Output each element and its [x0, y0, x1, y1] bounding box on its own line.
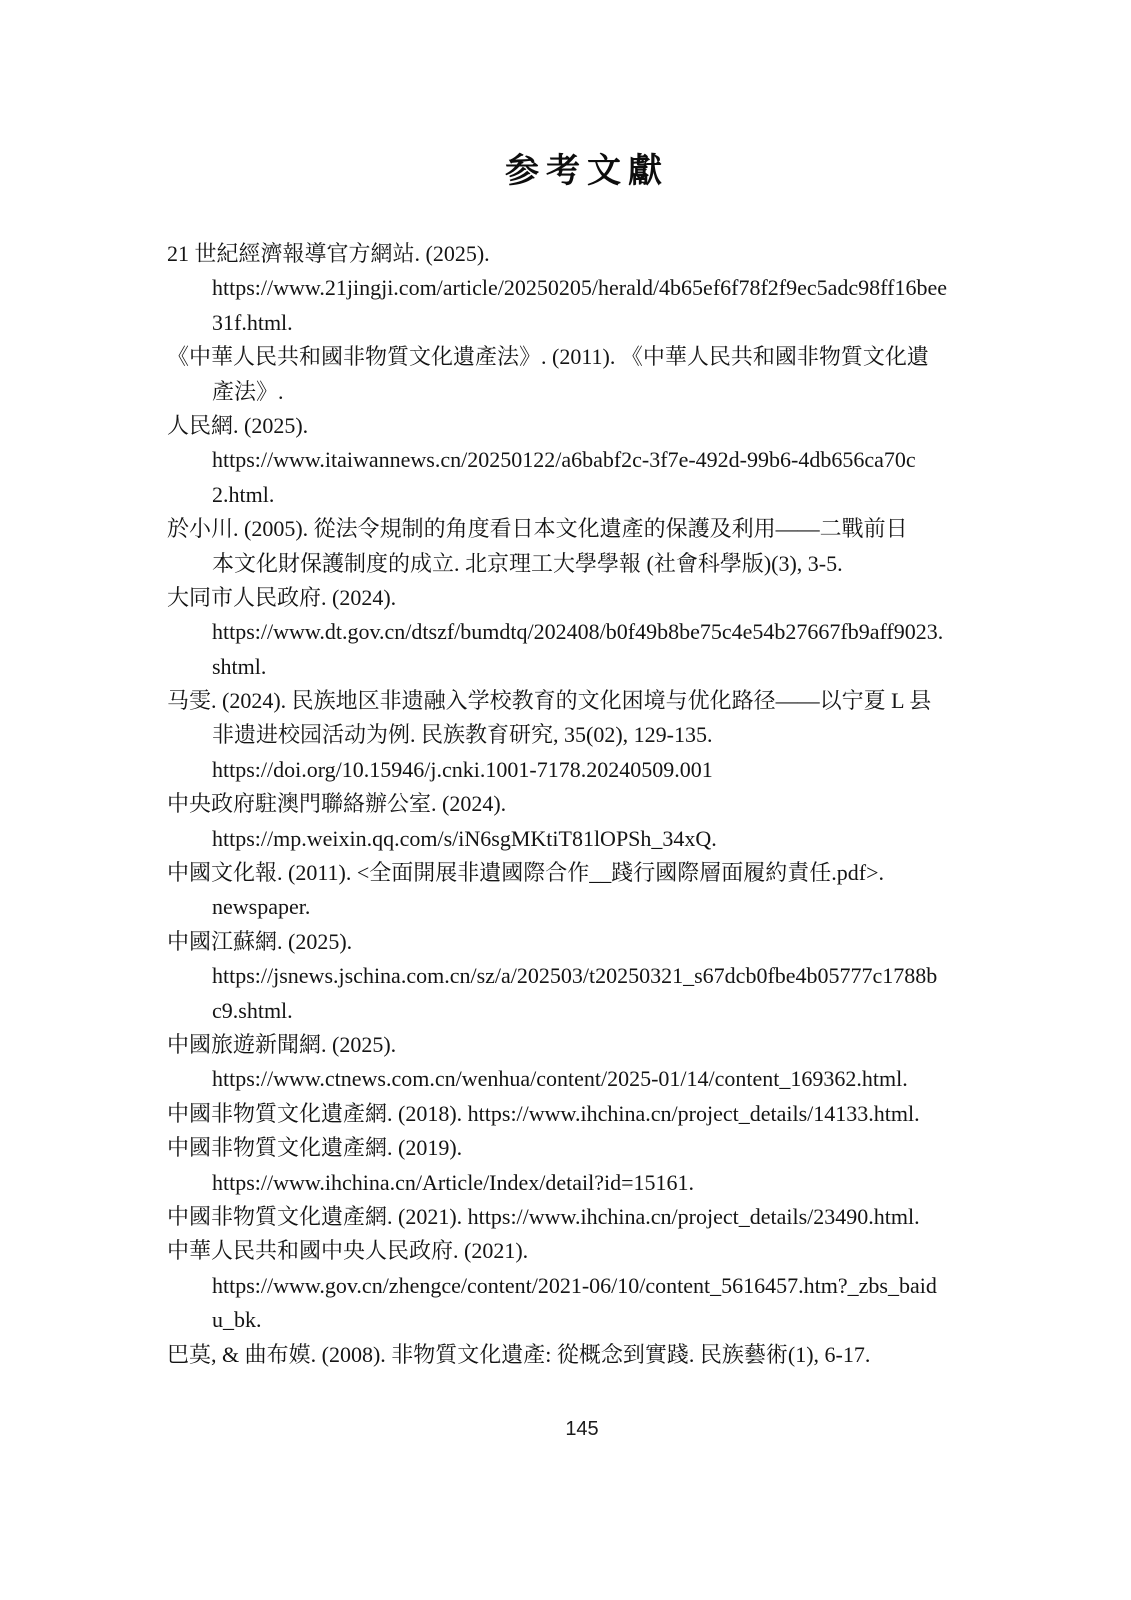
page-number: 145 [167, 1418, 997, 1441]
reference-line: https://www.21jingji.com/article/2025020… [212, 271, 997, 305]
reference-line: https://www.ihchina.cn/Article/Index/det… [212, 1166, 997, 1200]
reference-line: 中國江蘇網. (2025). [167, 925, 997, 959]
reference-line: 於小川. (2005). 從法令規制的角度看日本文化遺產的保護及利用——二戰前日 [167, 512, 997, 546]
reference-entry: 中國非物質文化遺產網. (2021). https://www.ihchina.… [167, 1200, 997, 1234]
reference-entry: 中華人民共和國中央人民政府. (2021).https://www.gov.cn… [167, 1234, 997, 1337]
reference-line: https://www.ctnews.com.cn/wenhua/content… [212, 1062, 997, 1096]
reference-line: shtml. [212, 650, 997, 684]
reference-entry: 马雯. (2024). 民族地区非遗融入学校教育的文化困境与优化路径——以宁夏 … [167, 684, 997, 787]
reference-entry: 中國非物質文化遺產網. (2018). https://www.ihchina.… [167, 1097, 997, 1131]
reference-line: 21 世紀經濟報導官方網站. (2025). [167, 237, 997, 271]
reference-entry: 中央政府駐澳門聯絡辦公室. (2024).https://mp.weixin.q… [167, 787, 997, 856]
reference-line: newspaper. [212, 890, 997, 924]
reference-line: 人民網. (2025). [167, 409, 997, 443]
reference-line: 中國非物質文化遺產網. (2021). https://www.ihchina.… [167, 1200, 997, 1234]
reference-line: https://jsnews.jschina.com.cn/sz/a/20250… [212, 959, 997, 993]
reference-line: 31f.html. [212, 306, 997, 340]
reference-line: 《中華人民共和國非物質文化遺產法》. (2011). 《中華人民共和國非物質文化… [167, 340, 997, 374]
reference-line: u_bk. [212, 1303, 997, 1337]
reference-entry: 21 世紀經濟報導官方網站. (2025).https://www.21jing… [167, 237, 997, 340]
reference-line: https://www.dt.gov.cn/dtszf/bumdtq/20240… [212, 615, 997, 649]
reference-entry: 中國江蘇網. (2025).https://jsnews.jschina.com… [167, 925, 997, 1028]
reference-line: https://www.itaiwannews.cn/20250122/a6ba… [212, 443, 997, 477]
reference-entry: 巴莫, & 曲布嫫. (2008). 非物質文化遺產: 從概念到實踐. 民族藝術… [167, 1338, 997, 1372]
reference-line: 中華人民共和國中央人民政府. (2021). [167, 1234, 997, 1268]
reference-line: 2.html. [212, 478, 997, 512]
reference-line: https://www.gov.cn/zhengce/content/2021-… [212, 1269, 997, 1303]
reference-line: 中國非物質文化遺產網. (2019). [167, 1131, 997, 1165]
reference-entry: 中國非物質文化遺產網. (2019).https://www.ihchina.c… [167, 1131, 997, 1200]
reference-entry: 人民網. (2025).https://www.itaiwannews.cn/2… [167, 409, 997, 512]
reference-line: 中國旅遊新聞網. (2025). [167, 1028, 997, 1062]
reference-line: 马雯. (2024). 民族地区非遗融入学校教育的文化困境与优化路径——以宁夏 … [167, 684, 997, 718]
reference-line: 巴莫, & 曲布嫫. (2008). 非物質文化遺產: 從概念到實踐. 民族藝術… [167, 1338, 997, 1372]
reference-list: 21 世紀經濟報導官方網站. (2025).https://www.21jing… [167, 237, 997, 1372]
reference-line: c9.shtml. [212, 994, 997, 1028]
reference-line: 中央政府駐澳門聯絡辦公室. (2024). [167, 787, 997, 821]
reference-line: 非遗进校园活动为例. 民族教育研究, 35(02), 129-135. [212, 718, 997, 752]
reference-entry: 於小川. (2005). 從法令規制的角度看日本文化遺產的保護及利用——二戰前日… [167, 512, 997, 581]
reference-line: 中國文化報. (2011). <全面開展非遺國際合作__踐行國際層面履約責任.p… [167, 856, 997, 890]
reference-line: 本文化財保護制度的成立. 北京理工大學學報 (社會科學版)(3), 3-5. [212, 547, 997, 581]
reference-line: 中國非物質文化遺產網. (2018). https://www.ihchina.… [167, 1097, 997, 1131]
reference-entry: 中國旅遊新聞網. (2025).https://www.ctnews.com.c… [167, 1028, 997, 1097]
reference-line: https://doi.org/10.15946/j.cnki.1001-717… [212, 753, 997, 787]
reference-line: 產法》. [212, 375, 997, 409]
reference-line: 大同市人民政府. (2024). [167, 581, 997, 615]
reference-entry: 中國文化報. (2011). <全面開展非遺國際合作__踐行國際層面履約責任.p… [167, 856, 997, 925]
reference-entry: 《中華人民共和國非物質文化遺產法》. (2011). 《中華人民共和國非物質文化… [167, 340, 997, 409]
reference-entry: 大同市人民政府. (2024).https://www.dt.gov.cn/dt… [167, 581, 997, 684]
reference-line: https://mp.weixin.qq.com/s/iN6sgMKtiT81l… [212, 822, 997, 856]
page-title: 参考文獻 [167, 143, 1007, 192]
